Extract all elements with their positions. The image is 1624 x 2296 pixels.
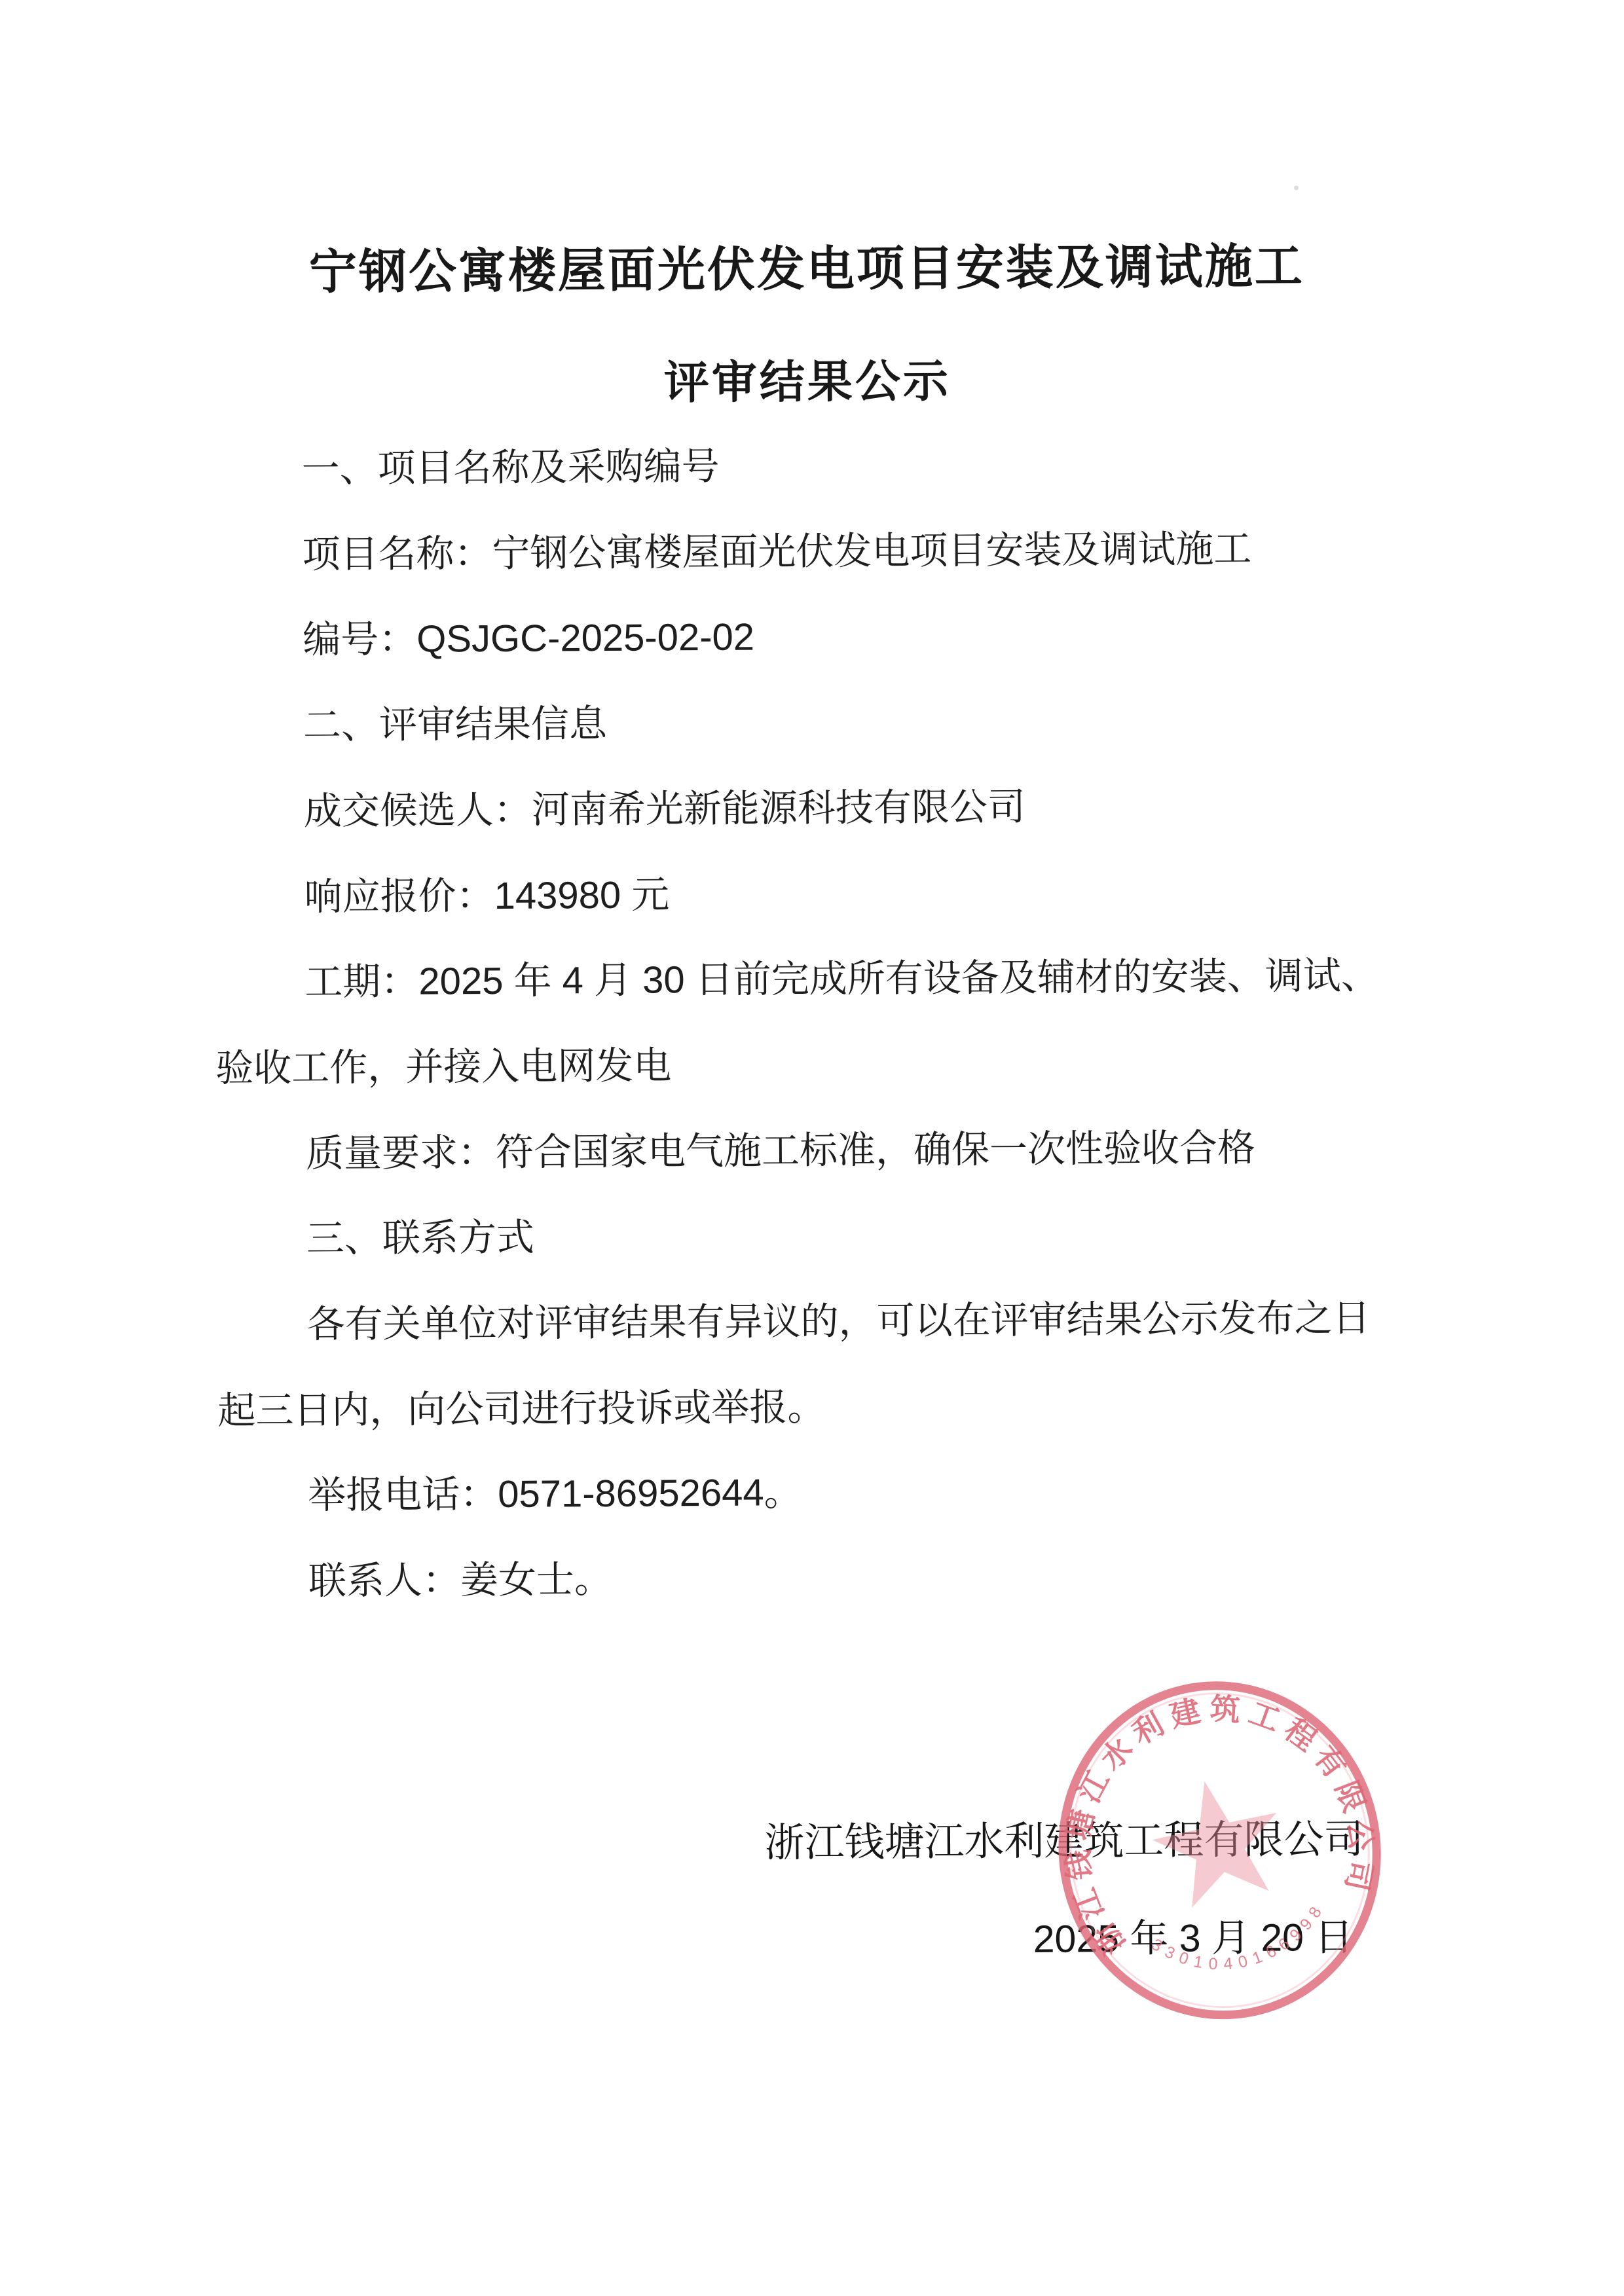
scan-speck-artifact — [1294, 185, 1299, 190]
section-heading-1: 一、项目名称及采购编号 — [212, 420, 1404, 513]
seal-star-icon — [1143, 1768, 1293, 1913]
body-line-quality: 质量要求：符合国家电气施工标准，确保一次性验收合格 — [216, 1104, 1409, 1197]
section-heading-2: 二、评审结果信息 — [213, 677, 1406, 770]
body-line-report-phone: 举报电话：0571-86952644。 — [218, 1447, 1411, 1540]
company-seal-stamp: 浙江钱塘江水利建筑工程有限公司 3301040166998 — [1048, 1673, 1393, 2031]
body-line-price: 响应报价：143980 元 — [214, 848, 1407, 941]
document-body: 一、项目名称及采购编号 项目名称：宁钢公寓楼屋面光伏发电项目安装及调试施工 编号… — [212, 420, 1411, 1625]
section-heading-3: 三、联系方式 — [216, 1190, 1409, 1283]
body-line-contact-person: 联系人：姜女士。 — [219, 1533, 1411, 1626]
body-line-objection-1: 各有关单位对评审结果有异议的，可以在评审结果公示发布之日 — [217, 1275, 1409, 1368]
scanned-document-page: 宁钢公寓楼屋面光伏发电项目安装及调试施工 评审结果公示 一、项目名称及采购编号 … — [0, 0, 1624, 2296]
seal-serial-number: 3301040166998 — [1145, 1895, 1338, 1990]
body-line-project-number: 编号：QSJGC-2025-02-02 — [213, 591, 1405, 684]
body-line-schedule-1: 工期：2025 年 4 月 30 日前完成所有设备及辅材的安装、调试、 — [215, 934, 1407, 1027]
body-line-winner: 成交候选人：河南希光新能源科技有限公司 — [213, 762, 1406, 855]
body-line-project-name: 项目名称：宁钢公寓楼屋面光伏发电项目安装及调试施工 — [212, 505, 1405, 598]
scan-content: 宁钢公寓楼屋面光伏发电项目安装及调试施工 评审结果公示 一、项目名称及采购编号 … — [0, 0, 1624, 2296]
body-line-objection-2: 起三日内，向公司进行投诉或举报。 — [217, 1361, 1410, 1454]
document-title-line-2: 评审结果公示 — [0, 340, 1619, 415]
svg-text:3301040166998: 3301040166998 — [1145, 1895, 1338, 1990]
document-title-line-1: 宁钢公寓楼屋面光伏发电项目安装及调试施工 — [0, 225, 1619, 304]
body-line-schedule-2: 验收工作，并接入电网发电 — [215, 1019, 1408, 1112]
